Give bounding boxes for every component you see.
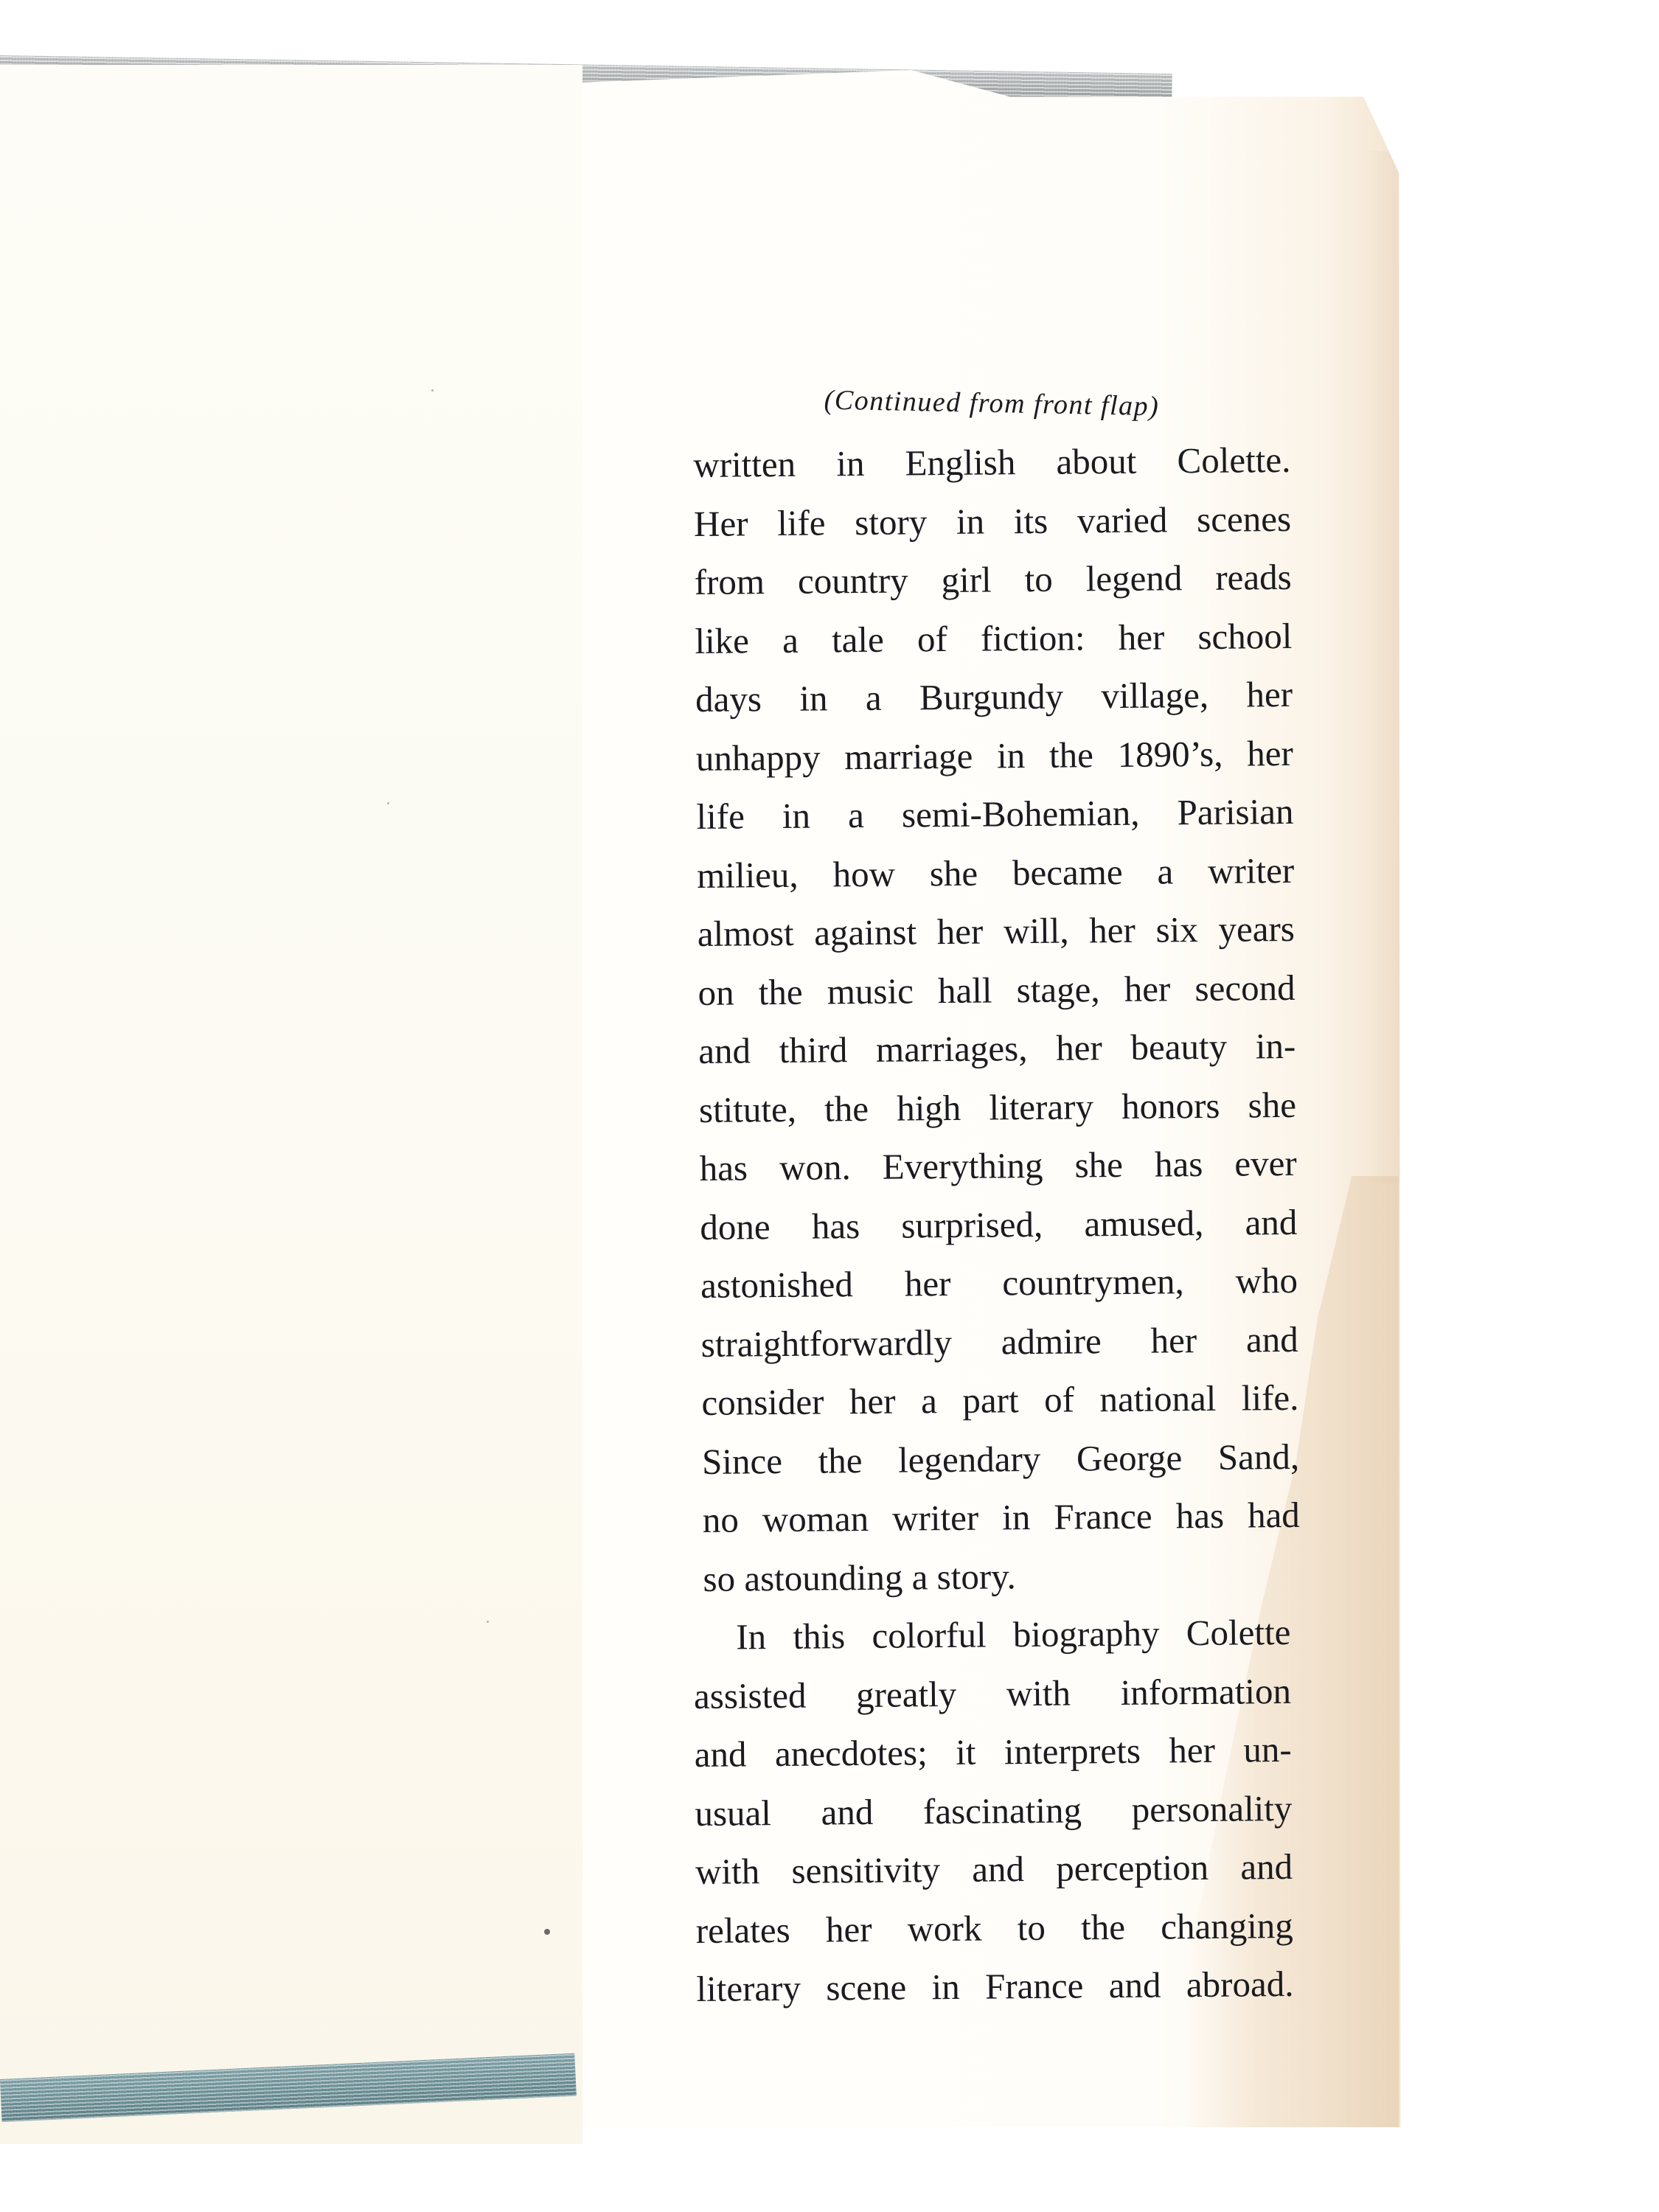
text-line: so astounding a story. bbox=[703, 1544, 1301, 1608]
text-line: In this colorful biography Colette bbox=[693, 1603, 1291, 1667]
paper-speck bbox=[387, 802, 389, 804]
text-line: life in a semi-Bohemian, Parisian bbox=[696, 782, 1294, 846]
inside-cover-endpaper bbox=[0, 65, 582, 2144]
paper-speck bbox=[431, 389, 434, 392]
dust-jacket-back-flap: (Continued from front flap) written in E… bbox=[582, 70, 1405, 2127]
text-line: days in a Burgundy village, her bbox=[695, 665, 1293, 729]
flap-copy: (Continued from front flap) written in E… bbox=[693, 387, 1290, 2019]
paper-speck bbox=[487, 1621, 489, 1623]
paragraph-1: written in English about Colette. Her li… bbox=[693, 431, 1301, 1608]
text-line: consider her a part of national life. bbox=[701, 1368, 1299, 1433]
text-line: assisted greatly with information bbox=[694, 1661, 1292, 1725]
text-line: stitute, the high literary honors she bbox=[699, 1075, 1297, 1139]
text-line: and third marriages, her beauty in- bbox=[698, 1017, 1296, 1081]
text-line: no woman writer in France has had bbox=[702, 1486, 1300, 1550]
continued-heading: (Continued from front flap) bbox=[693, 381, 1291, 425]
text-line: like a tale of fiction: her school bbox=[695, 606, 1293, 670]
paper-speck bbox=[544, 1929, 550, 1935]
edge-stain bbox=[1367, 151, 1400, 1183]
text-line: straightforwardly admire her and bbox=[700, 1310, 1298, 1374]
text-line: almost against her will, her six years bbox=[698, 900, 1295, 964]
text-line: done has surprised, amused, and bbox=[700, 1192, 1298, 1256]
text-line: milieu, how she became a writer bbox=[697, 841, 1295, 905]
text-line: from country girl to legend reads bbox=[694, 548, 1292, 612]
text-line: on the music hall stage, her second bbox=[698, 958, 1295, 1022]
text-line: Her life story in its varied scenes bbox=[694, 489, 1292, 553]
text-line: with sensitivity and perception and bbox=[695, 1837, 1293, 1902]
text-line: written in English about Colette. bbox=[693, 431, 1291, 495]
text-line: unhappy marriage in the 1890’s, her bbox=[695, 723, 1293, 787]
text-line: relates her work to the changing bbox=[695, 1896, 1293, 1960]
paragraph-2: In this colorful biography Colette assis… bbox=[693, 1603, 1294, 2019]
text-line: literary scene in France and abroad. bbox=[696, 1955, 1294, 2019]
text-line: Since the legendary George Sand, bbox=[702, 1427, 1300, 1491]
text-line: and anecdotes; it interprets her un- bbox=[694, 1720, 1292, 1784]
text-line: has won. Everything she has ever bbox=[699, 1134, 1297, 1198]
text-line: usual and fascinating personality bbox=[695, 1778, 1293, 1843]
text-line: astonished her countrymen, who bbox=[700, 1251, 1298, 1315]
